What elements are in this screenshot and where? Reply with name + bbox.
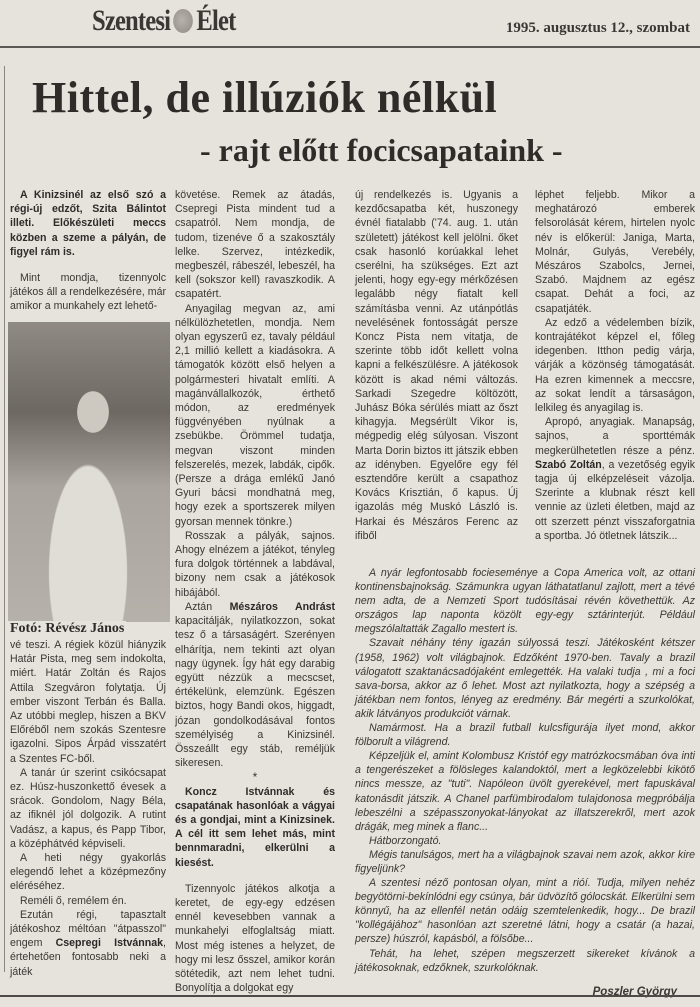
commentary-paragraph: Hátborzongató. (355, 834, 695, 848)
kinizsi-paragraph: Mint mondja, tizennyolc játékos áll a re… (10, 271, 166, 314)
commentary-box: A nyár legfontosabb focieseménye a Copa … (355, 566, 695, 999)
szentes-fc-paragraph: Tizennyolc játékos alkotja a keretet, de… (175, 882, 335, 996)
commentary-paragraph: Szavait néhány tény igazán súlyossá tesz… (355, 636, 695, 721)
coach-photo (8, 322, 170, 622)
masthead-rule (0, 46, 700, 48)
commentary-paragraph: Namármost. Ha a brazil futball kulcsfigu… (355, 721, 695, 749)
person-name: Mészáros Andrást (230, 601, 335, 613)
kinizsi-paragraph: Anyagilag megvan az, ami nélkülözhetetle… (175, 302, 335, 529)
szentes-fc-paragraph: léphet feljebb. Mikor a meghatározó embe… (535, 188, 695, 316)
article-subheadline: - rajt előtt focicsapataink - (200, 132, 563, 169)
commentary-paragraph: Képzeljük el, amint Kolombusz Kristóf eg… (355, 749, 695, 834)
logo-text-right: Élet (196, 4, 235, 38)
szentes-fc-paragraph: Az edző a védelemben bízik, kontrajátéko… (535, 316, 695, 415)
person-name: Szabó Zoltán (535, 459, 602, 471)
kinizsi-paragraph: Ezután régi, tapasztalt játékoshoz méltó… (10, 908, 166, 979)
kinizsi-paragraph: Reméli ő, remélem én. (10, 894, 166, 908)
article-headline: Hittel, de illúziók nélkül (32, 72, 497, 123)
column-2: követése. Remek az átadás, Csepregi Pist… (175, 188, 335, 995)
left-border-rule (4, 66, 5, 972)
commentary-paragraph: Mégis tanulságos, mert ha a világbajnok … (355, 848, 695, 876)
text-run: kapacitálják, nyilatkozzon, sokat tesz ő… (175, 615, 335, 769)
commentary-paragraph: Tehát, ha lehet, szépen megszerzett sike… (355, 947, 695, 975)
kinizsi-paragraph: követése. Remek az átadás, Csepregi Pist… (175, 188, 335, 302)
crest-icon (173, 9, 193, 33)
szentes-fc-paragraph: új rendelkezés is. Ugyanis a kezdőcsapat… (355, 188, 518, 543)
szentes-fc-lead: Koncz Istvánnak és csapatának hasonlóak … (175, 785, 335, 870)
kinizsi-paragraph: Aztán Mészáros Andrást kapacitálják, nyi… (175, 600, 335, 770)
commentary-paragraph: A szentesi néző pontosan olyan, mint a r… (355, 876, 695, 946)
text-run: Aztán (185, 601, 230, 613)
commentary-paragraph: A nyár legfontosabb focieseménye a Copa … (355, 566, 695, 636)
column-4: léphet feljebb. Mikor a meghatározó embe… (535, 188, 695, 543)
kinizsi-paragraph: A heti négy gyakorlás elegendő lehet a k… (10, 851, 166, 894)
column-3: új rendelkezés is. Ugyanis a kezdőcsapat… (355, 188, 518, 543)
masthead: Szentesi Élet 1995. augusztus 12., szomb… (0, 0, 700, 48)
text-run: Apropó, anyagiak. Manapság, sajnos, a sp… (535, 416, 695, 456)
person-name: Csepregi Istvánnak (56, 937, 163, 949)
newspaper-logo: Szentesi Élet (92, 4, 235, 38)
kinizsi-paragraph: Rosszak a pályák, sajnos. Ahogy elnézem … (175, 529, 335, 600)
kinizsi-paragraph: A tanár úr szerint csikócsapat ez. Húsz-… (10, 766, 166, 851)
kinizsi-paragraph: vé teszi. A régiek közül hiányzik Határ … (10, 638, 166, 766)
column-1-bottom: vé teszi. A régiek közül hiányzik Határ … (10, 638, 166, 979)
photo-credit: Fotó: Révész János (8, 621, 126, 637)
column-1-top: A Kinizsinél az első szó a régi-új edzőt… (10, 188, 166, 314)
szentes-fc-paragraph: Apropó, anyagiak. Manapság, sajnos, a sp… (535, 415, 695, 543)
text-run: , a vezetőség egyik tagja új elképzelése… (535, 459, 695, 542)
kinizsi-lead: A Kinizsinél az első szó a régi-új edzőt… (10, 188, 166, 259)
logo-text-left: Szentesi (92, 4, 170, 38)
issue-date: 1995. augusztus 12., szombat (506, 20, 690, 37)
bottom-rule (0, 995, 700, 997)
section-separator: * (175, 770, 335, 784)
